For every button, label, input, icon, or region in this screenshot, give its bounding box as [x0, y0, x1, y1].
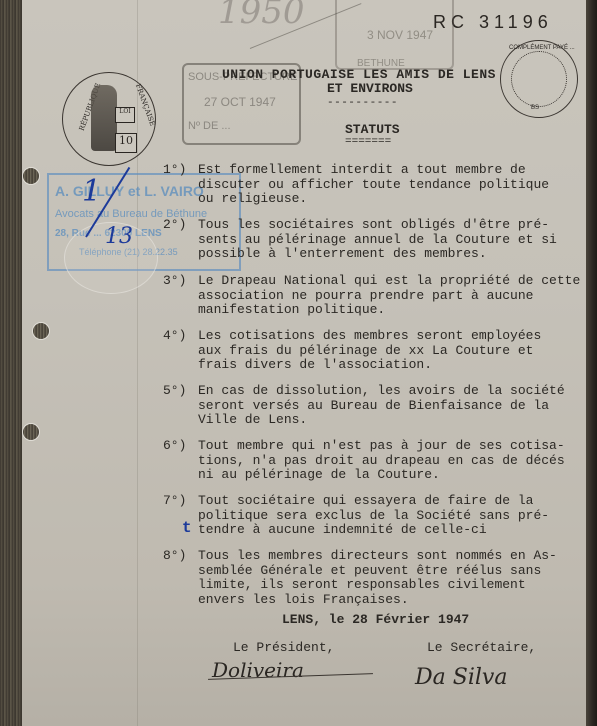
handwritten-ref-bottom: 13 — [105, 224, 133, 249]
lawyer-stamp-name: A. GILLUY et L. VAIRO — [55, 183, 204, 199]
article-text: Tous les membres directeurs sont nommés … — [198, 549, 588, 607]
seal-loi-book: LOI — [115, 107, 135, 123]
article-number: 8°) — [163, 549, 186, 564]
article-text: Est formellement interdit a tout membre … — [198, 163, 588, 207]
article-text: Le Drapeau National qui est la propriété… — [198, 274, 588, 318]
handwritten-ref-top: 1 — [82, 174, 101, 209]
statuts-rule: ======= — [345, 136, 391, 148]
article-text: Tous les sociétaires sont obligés d'être… — [198, 218, 588, 262]
association-subtitle: ET ENVIRONS — [327, 81, 413, 96]
article-number: 5°) — [163, 384, 186, 399]
date-line: LENS, le 28 Février 1947 — [282, 612, 469, 627]
fiscal-stamp-seal: RÉPUBLIQUE FRANÇAISE LOI 10 — [62, 72, 156, 166]
received-stamp: 3 NOV 1947 BETHUNE — [335, 0, 454, 70]
sub-prefecture-stamp-number: Nº DE ... — [188, 120, 231, 132]
document-header: UNION PORTUGAISE LES AMIS DE LENS ET ENV… — [222, 67, 582, 82]
punch-hole — [32, 322, 50, 340]
association-title: UNION PORTUGAISE LES AMIS DE LENS — [222, 67, 582, 82]
article-text: Tout membre qui n'est pas à jour de ses … — [198, 439, 588, 483]
marianne-figure-icon — [91, 85, 117, 151]
complement-seal-bottom: BS — [531, 105, 539, 111]
article-number: 7°) — [163, 494, 186, 509]
statuts-heading: STATUTS — [345, 122, 400, 137]
punch-hole — [22, 423, 40, 441]
seal-value: 10 — [115, 133, 137, 153]
article-number: 4°) — [163, 329, 186, 344]
handwritten-year: 1950 — [218, 0, 305, 32]
article-text: En cas de dissolution, les avoirs de la … — [198, 384, 588, 428]
article-text: Les cotisations des membres seront emplo… — [198, 329, 588, 373]
article-number: 3°) — [163, 274, 186, 289]
article-number: 1°) — [163, 163, 186, 178]
sub-prefecture-stamp-date: 27 OCT 1947 — [204, 95, 276, 109]
subtitle-rule: ---------- — [327, 97, 398, 109]
punch-hole — [22, 167, 40, 185]
article-number: 6°) — [163, 439, 186, 454]
article-text: Tout sociétaire qui essayera de faire de… — [198, 494, 588, 538]
binder-edge — [0, 0, 22, 726]
secretary-signature: Da Silva — [415, 665, 507, 690]
secretary-label: Le Secrétaire, — [427, 640, 536, 655]
president-label: Le Président, — [233, 640, 334, 655]
margin-tick-mark: t — [182, 519, 192, 537]
article-number: 2°) — [163, 218, 186, 233]
complement-seal-ring-text: COMPLÉMENT PAYÉ ... — [509, 45, 575, 51]
received-stamp-date: 3 NOV 1947 — [367, 28, 433, 42]
